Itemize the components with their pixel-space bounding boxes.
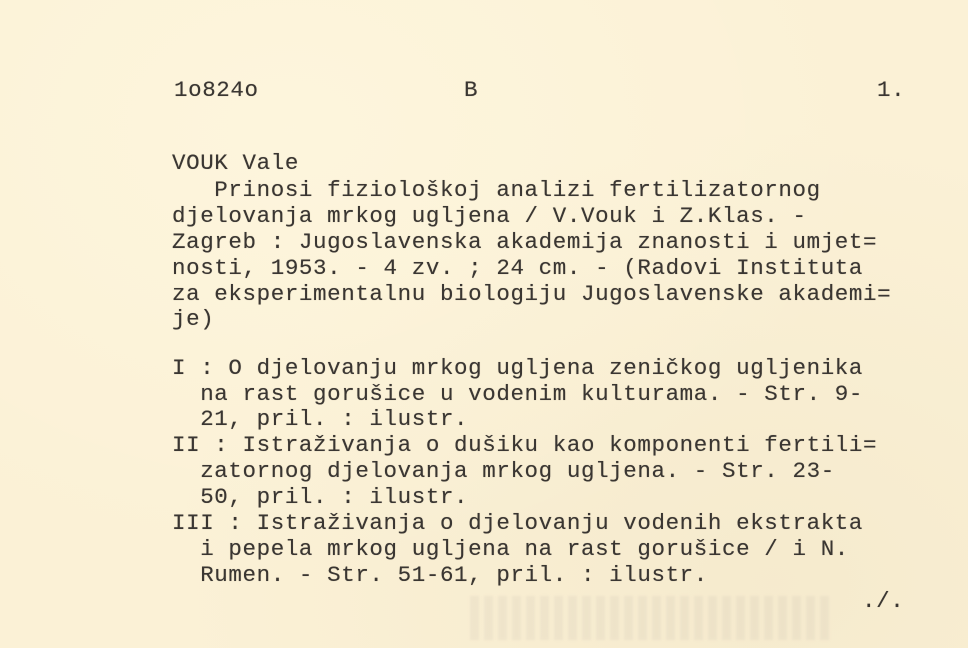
call-number: 1o824o: [174, 77, 259, 103]
series-line: je): [172, 306, 214, 332]
catalog-card: 1o824o B 1. VOUK Vale Prinosi fiziološko…: [0, 0, 968, 648]
volume-3-line: III : Istraživanja o djelovanju vodenih …: [172, 510, 863, 536]
series-line: za eksperimentalnu biologiju Jugoslavens…: [172, 281, 891, 307]
title-line: Prinosi fiziološkoj analizi fertilizator…: [172, 177, 821, 203]
continuation-mark: ./.: [862, 588, 904, 614]
shelf-letter: B: [464, 77, 478, 103]
author-heading: VOUK Vale: [172, 150, 299, 176]
volume-1-line: I : O djelovanju mrkog ugljena zeničkog …: [172, 355, 863, 381]
publication-line: nosti, 1953. - 4 zv. ; 24 cm. - (Radovi …: [172, 255, 863, 281]
volume-2-line: II : Istraživanja o dušiku kao komponent…: [172, 432, 877, 458]
volume-3-line: i pepela mrkog ugljena na rast gorušice …: [172, 536, 849, 562]
volume-2-line: zatornog djelovanja mrkog ugljena. - Str…: [172, 458, 835, 484]
title-line: djelovanja mrkog ugljena / V.Vouk i Z.Kl…: [172, 203, 807, 229]
volume-3-line: Rumen. - Str. 51-61, pril. : ilustr.: [172, 562, 708, 588]
publication-line: Zagreb : Jugoslavenska akademija znanost…: [172, 229, 877, 255]
volume-1-line: 21, pril. : ilustr.: [172, 406, 468, 432]
volume-2-line: 50, pril. : ilustr.: [172, 484, 468, 510]
card-number: 1.: [877, 77, 905, 103]
volume-1-line: na rast gorušice u vodenim kulturama. - …: [172, 381, 863, 407]
bleed-through-text: [470, 596, 830, 640]
